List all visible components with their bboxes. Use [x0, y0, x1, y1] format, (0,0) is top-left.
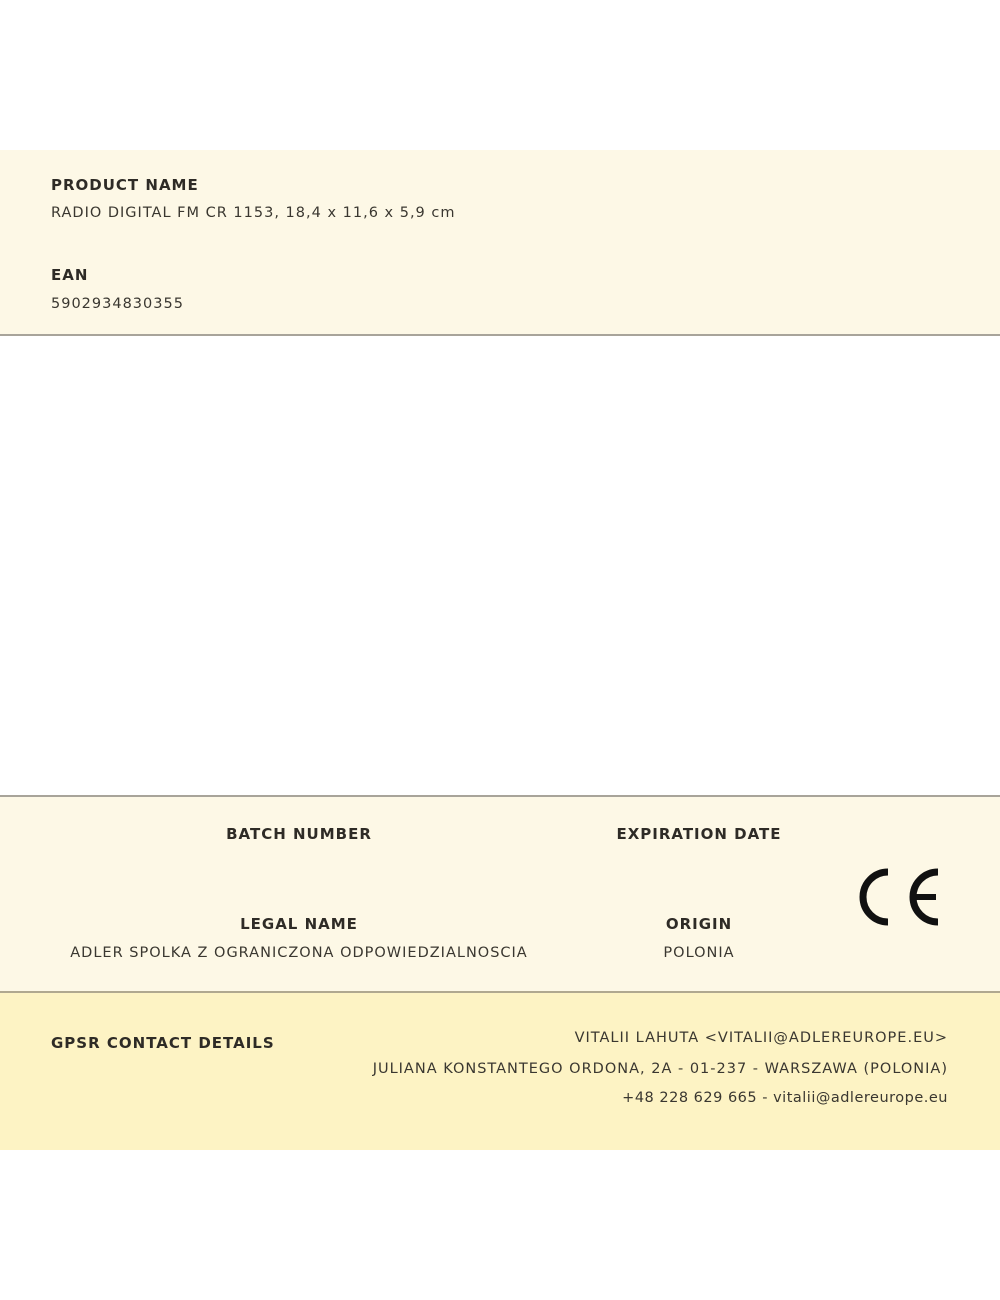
origin-value: POLONIA — [663, 945, 734, 961]
gpsr-contact-person: VITALII LAHUTA <VITALII@ADLEREUROPE.EU> — [575, 1030, 948, 1046]
product-name-label: PRODUCT NAME — [51, 176, 199, 194]
gpsr-contact-label: GPSR CONTACT DETAILS — [51, 1034, 275, 1052]
ean-value: 5902934830355 — [51, 296, 184, 312]
product-name-value: RADIO DIGITAL FM CR 1153, 18,4 x 11,6 x … — [51, 205, 456, 221]
gpsr-phone-email: +48 228 629 665 - vitalii@adlereurope.eu — [622, 1090, 948, 1106]
legal-name-label: LEGAL NAME — [240, 915, 358, 933]
ce-mark-icon — [858, 867, 942, 927]
expiration-date-label: EXPIRATION DATE — [616, 825, 781, 843]
origin-label: ORIGIN — [666, 915, 732, 933]
product-details-section: BATCH NUMBER EXPIRATION DATE LEGAL NAME … — [0, 795, 1000, 993]
legal-name-value: ADLER SPOLKA Z OGRANICZONA ODPOWIEDZIALN… — [70, 945, 527, 961]
gpsr-address: JULIANA KONSTANTEGO ORDONA, 2A - 01-237 … — [373, 1061, 948, 1077]
gpsr-contact-section: GPSR CONTACT DETAILS VITALII LAHUTA <VIT… — [0, 993, 1000, 1150]
product-info-section: PRODUCT NAME RADIO DIGITAL FM CR 1153, 1… — [0, 150, 1000, 336]
batch-number-label: BATCH NUMBER — [226, 825, 372, 843]
ean-label: EAN — [51, 266, 88, 284]
